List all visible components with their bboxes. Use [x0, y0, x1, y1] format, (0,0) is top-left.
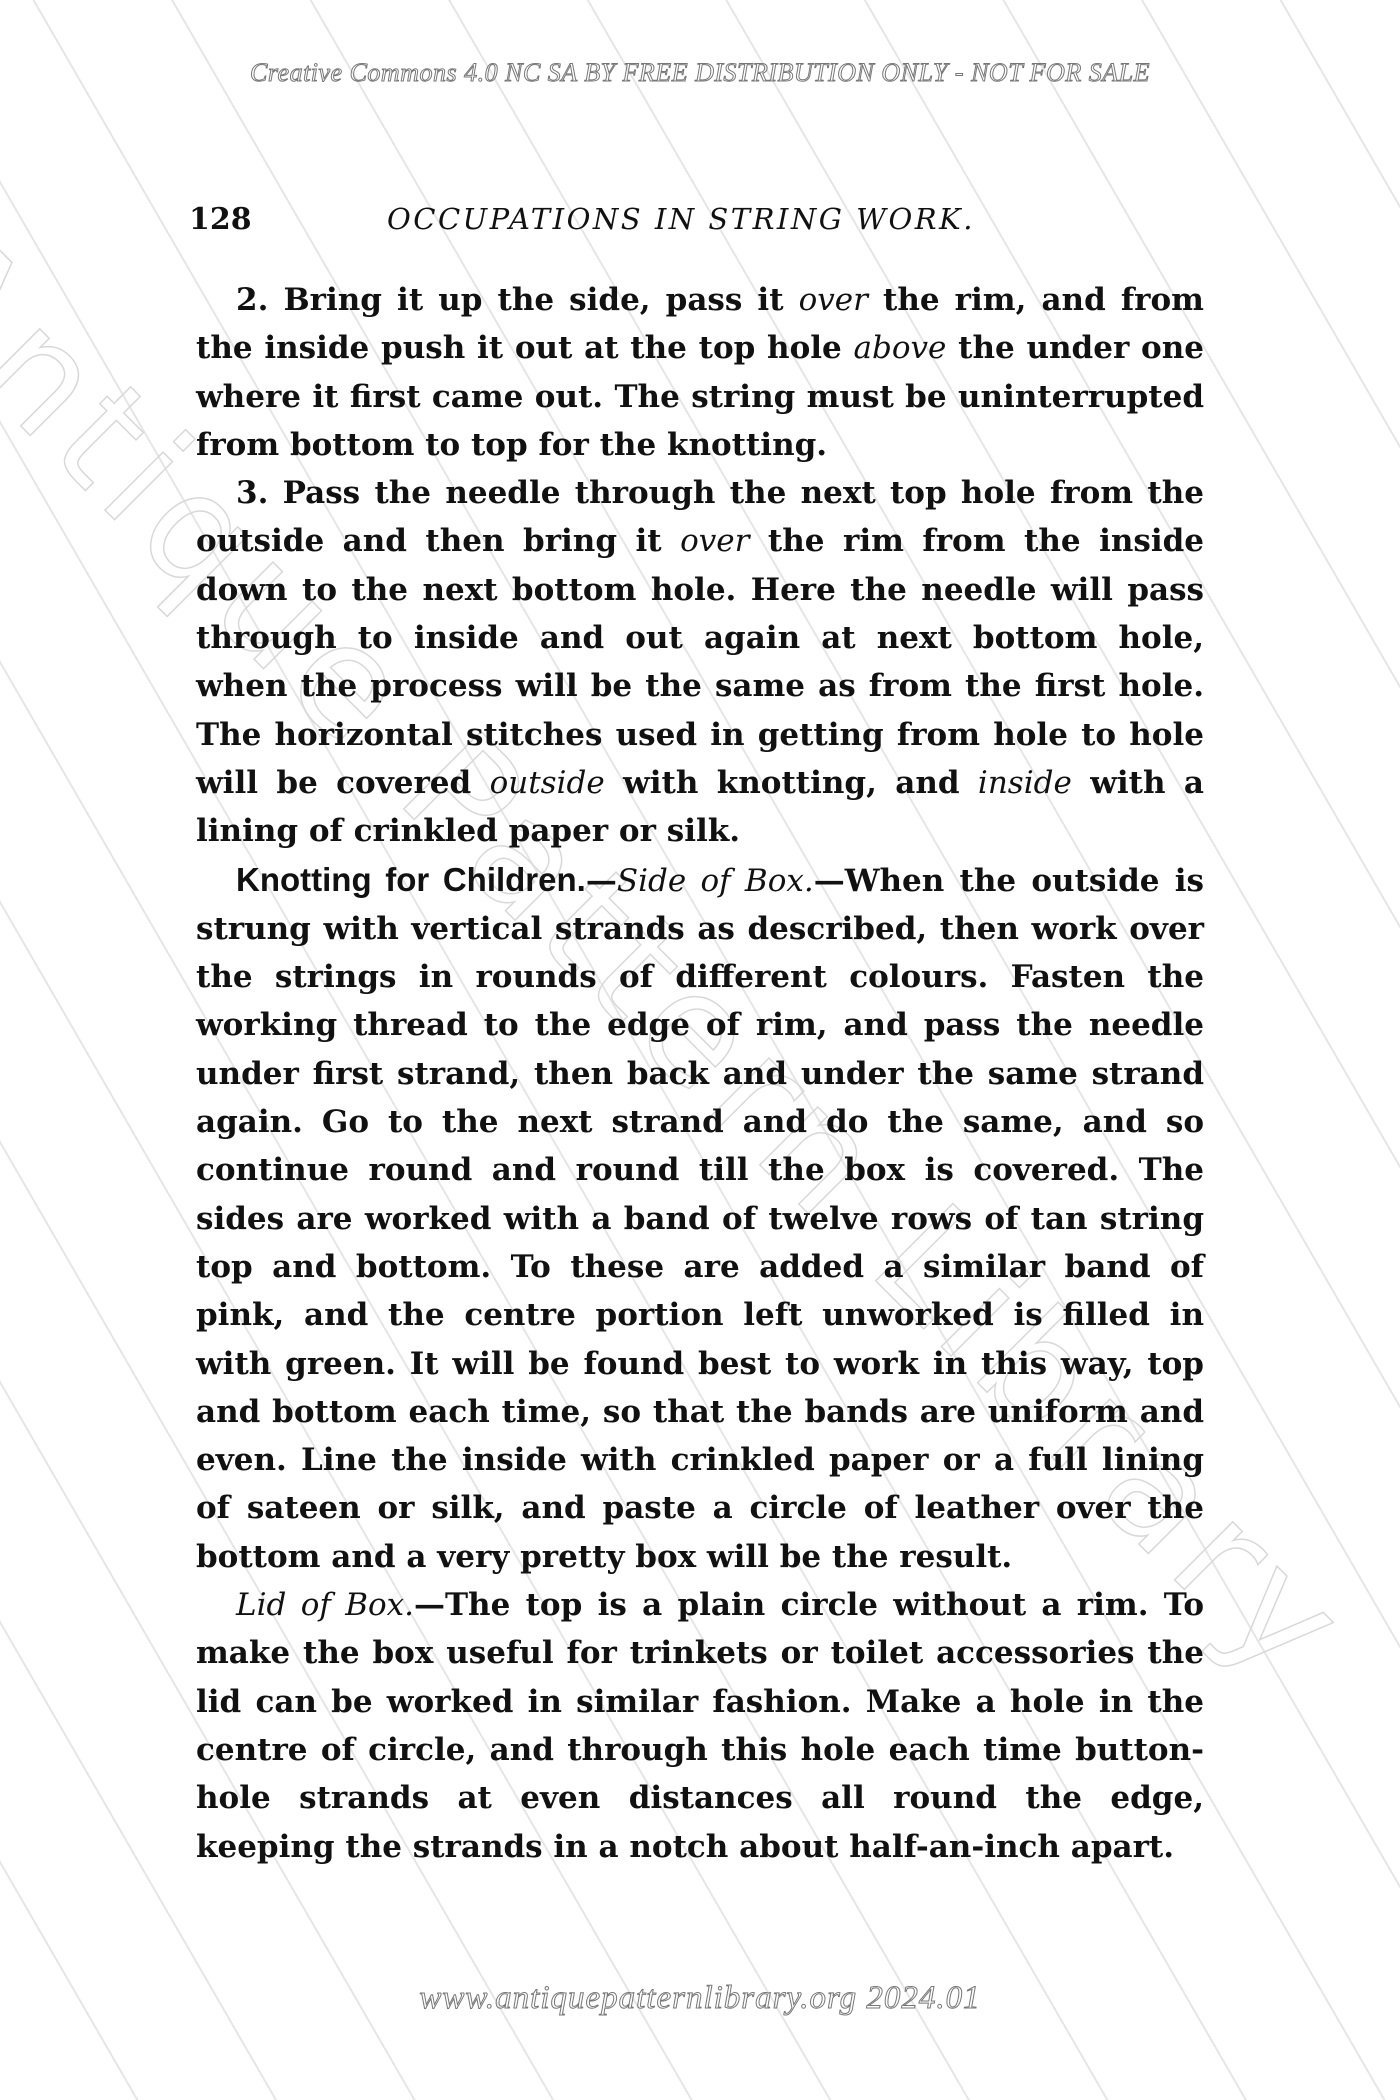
paragraph-step-2: 2. Bring it up the side, pass it over th…: [196, 276, 1204, 469]
emphasis-text: over: [680, 523, 749, 559]
body-text: 2. Bring it up the side, pass it over th…: [196, 276, 1204, 1871]
emphasis-text: outside: [490, 765, 605, 801]
text-run: —When the outside is strung with vertica…: [196, 863, 1204, 1575]
text-run: —The top is a plain circle without a rim…: [196, 1587, 1204, 1864]
emphasis-text: above: [854, 330, 947, 366]
emphasis-text: Lid of Box.: [236, 1587, 414, 1623]
emphasis-text: over: [799, 282, 868, 318]
paragraph-knotting-for-children: Knotting for Children.—Side of Box.—When…: [196, 856, 1204, 1581]
emphasis-text: inside: [978, 765, 1072, 801]
running-head: 128 OCCUPATIONS IN STRING WORK.: [189, 200, 1204, 244]
footer-url: www.antiquepatternlibrary.org 2024.01: [0, 1980, 1400, 2017]
page-number: 128: [189, 202, 252, 237]
section-heading: Knotting for Children.: [236, 861, 586, 898]
text-run: with knotting, and: [605, 765, 978, 801]
emphasis-text: Side of Box.: [617, 863, 814, 899]
text-run: the rim from the inside down to the next…: [196, 523, 1204, 800]
text-run: 2. Bring it up the side, pass it: [236, 282, 799, 318]
paragraph-lid-of-box: Lid of Box.—The top is a plain circle wi…: [196, 1581, 1204, 1871]
paragraph-step-3: 3. Pass the needle through the next top …: [196, 469, 1204, 855]
license-banner: Creative Commons 4.0 NC SA BY FREE DISTR…: [0, 58, 1400, 88]
text-run: —: [586, 863, 617, 899]
running-title: OCCUPATIONS IN STRING WORK.: [387, 202, 975, 236]
